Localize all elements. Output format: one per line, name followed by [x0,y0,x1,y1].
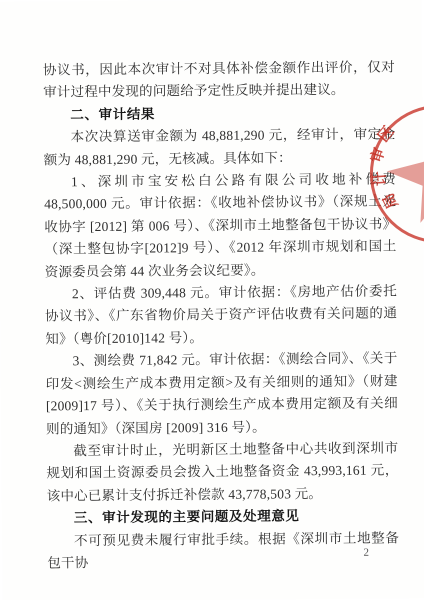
page-number: 2 [358,547,374,559]
paragraph-audit-amount: 本次决算送审金额为 48,881,290 元，经审计，审定金额为 48,881,… [43,124,395,172]
paragraph-problem-unapproved-contingency: 不可预见费未履行审批手续。根据《深圳市土地整备包干协 [47,527,399,575]
scanned-document-page: 协议书，因此本次审计不对具体补偿金额作出评价，仅对审计过程中发现的问题给予定性反… [0,0,424,600]
document-body: 协议书，因此本次审计不对具体补偿金额作出评价，仅对审计过程中发现的问题给予定性反… [43,56,399,574]
paragraph-item-1-land-compensation: 1、深圳市宝安松白公路有限公司收地补偿费 48,500,000 元。审计依据：《… [44,168,397,283]
paragraph-item-2-appraisal-fee: 2、评估费 309,448 元。审计依据：《房地产估价委托协议书》、《广东省物价… [45,280,398,350]
paragraph-funds-received: 截至审计时止，光明新区土地整备中心共收到深圳市规划和国土资源委员会拨入土地整备资… [46,437,399,507]
section-heading-problems-and-opinions: 三、审计发现的主要问题及处理意见 [47,505,399,530]
paragraph-item-3-surveying-fee: 3、测绘费 71,842 元。审计依据：《测绘合同》、《关于印发<测绘生产成本费… [45,348,398,441]
paragraph-continuation: 协议书，因此本次审计不对具体补偿金额作出评价，仅对审计过程中发现的问题给予定性反… [43,56,395,104]
section-heading-audit-results: 二、审计结果 [43,101,395,126]
